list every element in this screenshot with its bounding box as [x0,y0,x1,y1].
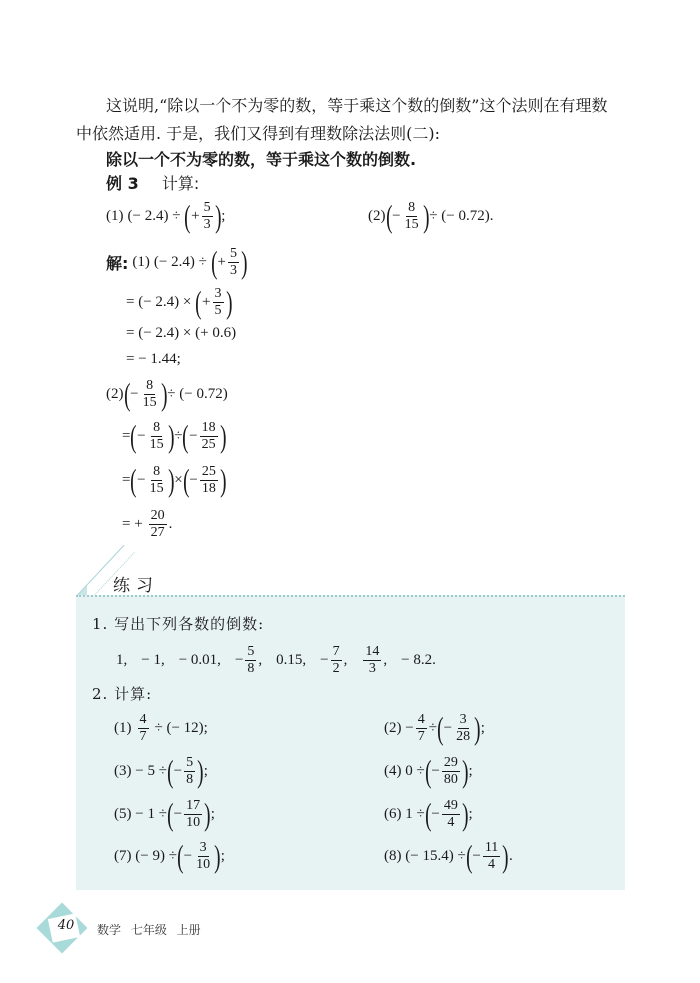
question-label: (1) [132,254,150,271]
solution-1-line-1: = (− 2.4) × ( + 35 ) [126,284,232,320]
reciprocal-item: − 0.01, [179,652,221,669]
question-label: (2) [106,386,124,403]
operator: × [174,472,182,489]
solution-2-line-2: = ( − 815 ) × ( − 2518 ) [122,462,227,498]
right-paren: ) [215,200,221,232]
solution-2-line-1: = ( − 815 ) ÷ ( − 1825 ) [122,418,226,454]
right-paren: ) [161,378,167,410]
page-number: 40 [52,918,80,933]
fraction: 35 [213,287,224,318]
example-title: 例 3 计算: [106,172,199,196]
book-title: 数学 七年级 上册 [97,921,201,938]
right-paren: ) [168,420,174,452]
equals: = + [122,516,143,533]
exercise-q1-items: 1, − 1, − 0.01, −58, 0.15, −72, 143, − 8… [116,642,436,678]
exercise-q2-item-2: (2) − 47 ÷ (− 328 ); [384,710,485,746]
right-paren: ) [168,464,174,496]
solution-2-line-0: (2) ( − 815 ) ÷ (− 0.72) [106,376,228,412]
exercise-title: 练习 [113,571,159,596]
exercise-q2-item-6: (6) 1 ÷ (− 494 ); [384,796,473,832]
solution-1-line-2: = (− 2.4) × (+ 0.6) [126,322,236,344]
expression: ÷ (− 0.72) [167,386,227,403]
exercise-q2-item-8: (8) (− 15.4) ÷ (− 114 ). [384,838,513,874]
solution-label: 解: [106,251,128,274]
fraction: 815 [403,201,421,232]
reciprocal-item: − 8.2. [401,652,436,669]
exercise-q2-item-7: (7) (− 9) ÷ (− 310 ); [114,838,225,874]
exercise-q2-item-1: (1) 47 ÷ (− 12); [114,710,208,746]
example-question-1: (1) (− 2.4) ÷ ( + 53 ) ; [106,198,225,234]
right-paren: ) [226,286,232,318]
fraction: 2027 [149,509,167,540]
solution-1-line-3: = − 1.44; [126,348,181,370]
exercise-q2-item-3: (3) − 5 ÷ (− 58 ); [114,753,208,789]
fraction: 815 [148,421,166,452]
reciprocal-item: −72, [320,645,347,676]
fraction: 53 [228,247,239,278]
left-paren: ( [196,286,202,318]
punctuation: . [169,516,173,533]
fraction: 2518 [200,465,218,496]
expression: (− 2.4) ÷ [128,208,181,225]
reciprocal-item: 143, [361,645,387,676]
right-paren: ) [220,464,226,496]
left-paren: ( [183,420,189,452]
fraction: 815 [148,465,166,496]
sign: + [202,294,210,311]
reciprocal-item: 1, [116,652,127,669]
left-paren: ( [124,378,130,410]
sign: − [392,208,400,225]
exercise-q2-item-4: (4) 0 ÷ (− 2980 ); [384,753,473,789]
division-rule: 除以一个不为零的数，等于乘这个数的倒数. [106,148,416,172]
question-label: (2) [368,208,386,225]
expression: ÷ (− 0.72). [429,208,493,225]
sign: − [137,472,145,489]
intro-line-2: 中依然适用. 于是，我们又得到有理数除法法则(二): [76,122,440,146]
reciprocal-item: 0.15, [276,652,306,669]
sign: − [130,386,138,403]
right-paren: ) [220,420,226,452]
right-paren: ) [423,200,429,232]
sign: + [218,254,226,271]
expression: = (− 2.4) × [126,294,191,311]
example-question-2: (2) ( − 815 ) ÷ (− 0.72). [368,198,493,234]
sign: − [189,472,197,489]
right-paren: ) [241,246,247,278]
example-number: 例 3 [106,174,139,193]
left-paren: ( [211,246,217,278]
exercise-q2-label: 2. 计算: [92,682,152,706]
punctuation: ; [221,208,225,225]
left-paren: ( [131,420,137,452]
fraction: 53 [202,201,213,232]
expression: (− 2.4) ÷ [154,254,207,271]
sign: + [191,208,199,225]
left-paren: ( [185,200,191,232]
sign: − [137,428,145,445]
left-paren: ( [131,464,137,496]
left-paren: ( [386,200,392,232]
solution-1-line-0: 解: (1) (− 2.4) ÷ ( + 53 ) [106,244,248,280]
reciprocal-item: − 1, [141,652,164,669]
question-label: (1) [106,208,124,225]
fraction: 1825 [200,421,218,452]
exercise-q1-label: 1. 写出下列各数的倒数: [92,612,264,636]
example-task: 计算: [162,174,199,193]
sign: − [189,428,197,445]
intro-line-1: 这说明,“除以一个不为零的数，等于乘这个数的倒数”这个法则在有理数 [106,94,607,118]
fraction: 815 [141,379,159,410]
solution-2-line-3: = + 2027 . [122,506,172,542]
left-paren: ( [183,464,189,496]
exercise-q2-item-5: (5) − 1 ÷ (− 1710 ); [114,796,215,832]
reciprocal-item: −58, [235,645,262,676]
